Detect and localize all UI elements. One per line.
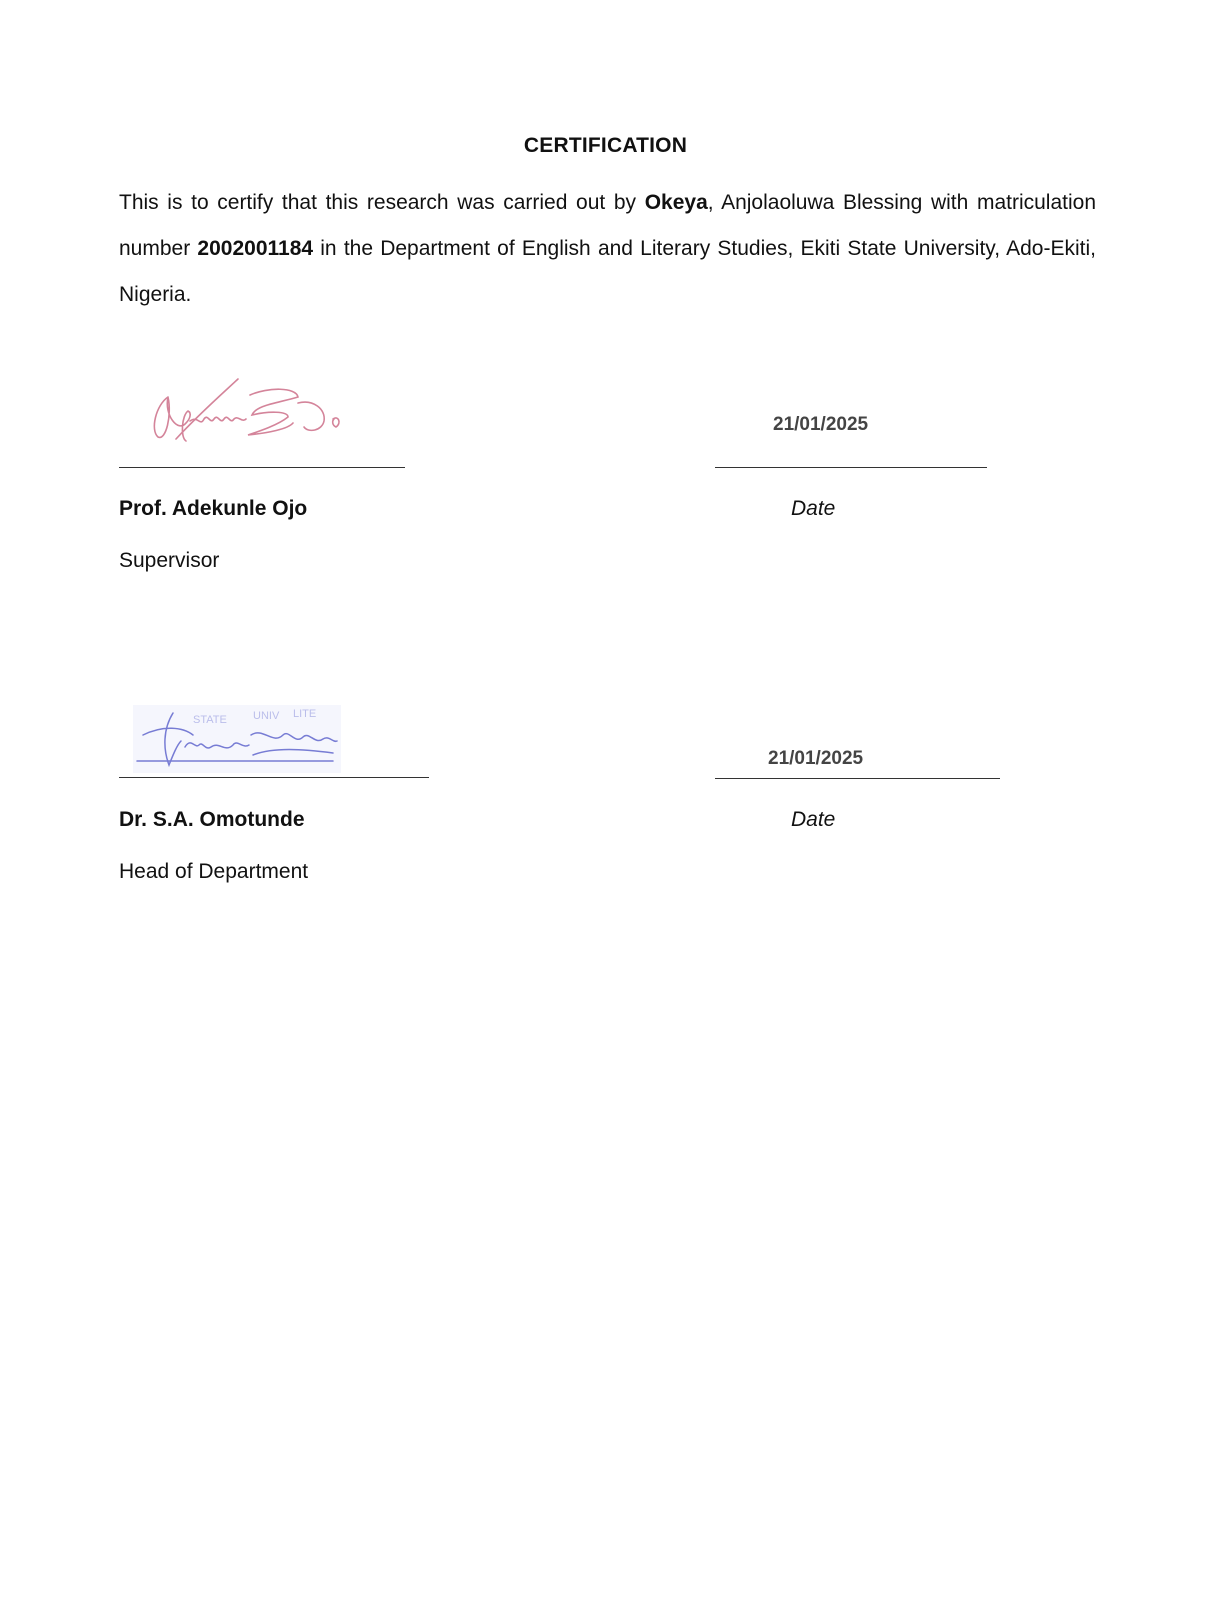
page-title: CERTIFICATION [0, 134, 1211, 158]
supervisor-date-label: Date [791, 497, 835, 521]
paragraph-text-1: This is to certify that this research wa… [119, 191, 645, 214]
hod-date-value: 21/01/2025 [768, 748, 863, 770]
supervisor-role: Supervisor [119, 549, 219, 573]
hod-date-label: Date [791, 808, 835, 832]
svg-text:UNIV: UNIV [253, 710, 280, 722]
hod-signature-line [119, 777, 429, 778]
supervisor-name: Prof. Adekunle Ojo [119, 497, 307, 521]
svg-text:STATE: STATE [193, 714, 227, 726]
document-page: CERTIFICATION This is to certify that th… [0, 0, 1211, 1618]
matric-number: 2002001184 [197, 237, 313, 260]
svg-text:LITE: LITE [293, 708, 316, 720]
hod-role: Head of Department [119, 860, 308, 884]
supervisor-signature-line [119, 467, 405, 468]
student-surname: Okeya [645, 191, 708, 214]
supervisor-date-line [715, 467, 987, 468]
hod-signature-image: STATE UNIV LITE [133, 705, 341, 773]
certification-paragraph: This is to certify that this research wa… [119, 180, 1096, 318]
supervisor-signature-image [128, 375, 358, 455]
hod-name: Dr. S.A. Omotunde [119, 808, 305, 832]
supervisor-date-value: 21/01/2025 [773, 414, 868, 436]
hod-date-line [715, 778, 1000, 779]
